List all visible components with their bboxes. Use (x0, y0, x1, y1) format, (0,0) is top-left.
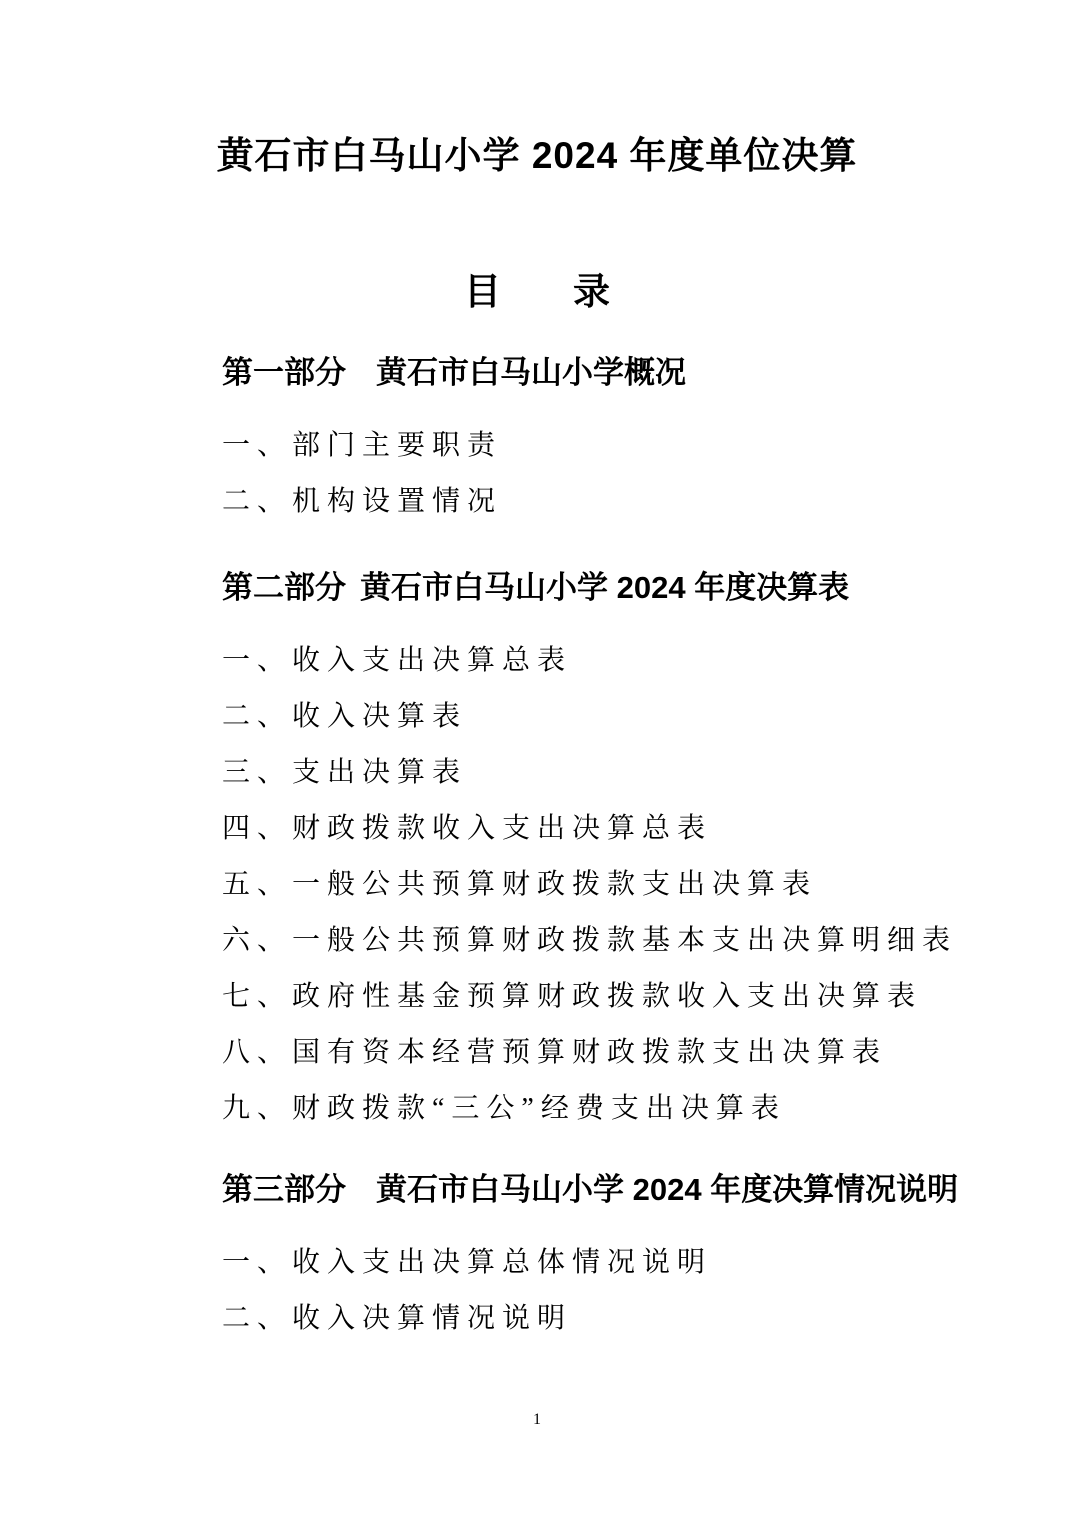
section-part1-title: 黄石市白马山小学概况 (376, 357, 686, 388)
section-part2-title: 黄石市白马山小学 2024 年度决算表 (360, 572, 849, 603)
toc-item: 九、财政拨款“三公”经费支出决算表 (222, 1095, 954, 1123)
toc-item: 六、一般公共预算财政拨款基本支出决算明细表 (222, 927, 954, 955)
toc-item: 四、财政拨款收入支出决算总表 (222, 815, 954, 843)
toc-heading-char-1: 目 (464, 273, 501, 310)
toc-item: 一、收入支出决算总表 (222, 647, 954, 675)
section-part3-label: 第三部分 (222, 1174, 346, 1205)
toc-item: 五、一般公共预算财政拨款支出决算表 (222, 871, 954, 899)
section-heading-part3: 第三部分 黄石市白马山小学 2024 年度决算情况说明 (222, 1174, 954, 1205)
toc-content: 第一部分 黄石市白马山小学概况 一、部门主要职责 二、机构设置情况 第二部分 黄… (0, 357, 1074, 1333)
toc-heading: 目 录 (0, 273, 1074, 310)
document-title: 黄石市白马山小学 2024 年度单位决算 (0, 137, 1074, 174)
toc-item: 三、支出决算表 (222, 759, 954, 787)
page-number: 1 (0, 1410, 1074, 1429)
toc-item: 一、部门主要职责 (222, 432, 954, 460)
section-part3-title: 黄石市白马山小学 2024 年度决算情况说明 (376, 1174, 958, 1205)
toc-item: 一、收入支出决算总体情况说明 (222, 1249, 954, 1277)
toc-item: 七、政府性基金预算财政拨款收入支出决算表 (222, 983, 954, 1011)
section-heading-part1: 第一部分 黄石市白马山小学概况 (222, 357, 954, 388)
toc-item: 二、收入决算情况说明 (222, 1305, 954, 1333)
toc-heading-char-2: 录 (573, 273, 610, 310)
section-part1-label: 第一部分 (222, 357, 346, 388)
document-page: 黄石市白马山小学 2024 年度单位决算 目 录 第一部分 黄石市白马山小学概况… (0, 0, 1074, 1520)
section-heading-part2: 第二部分 黄石市白马山小学 2024 年度决算表 (222, 572, 954, 603)
toc-item: 八、国有资本经营预算财政拨款支出决算表 (222, 1039, 954, 1067)
section-part2-label: 第二部分 (222, 572, 346, 603)
toc-item: 二、机构设置情况 (222, 488, 954, 516)
toc-item: 二、收入决算表 (222, 703, 954, 731)
